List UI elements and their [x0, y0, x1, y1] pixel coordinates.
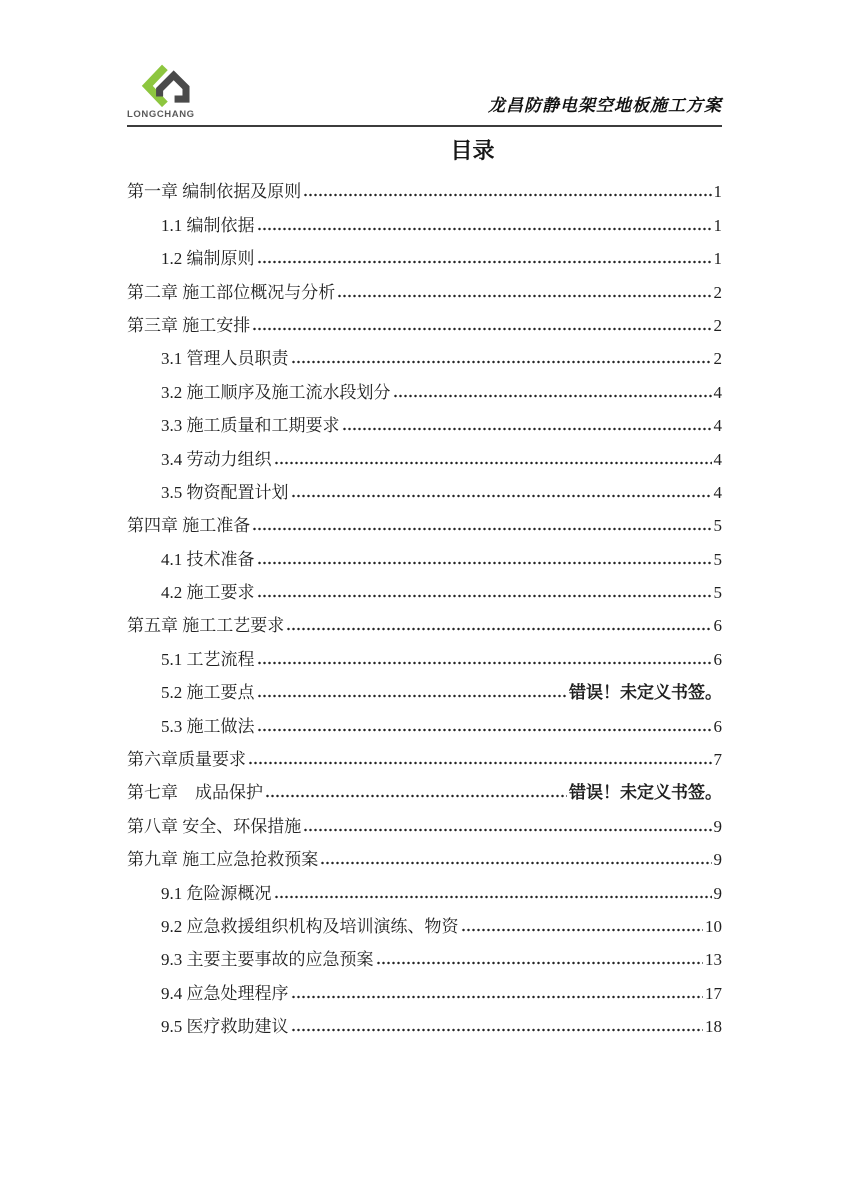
dot-leader	[265, 792, 567, 800]
dot-leader	[257, 726, 712, 734]
toc-entry-page: 6	[714, 615, 723, 636]
toc-entry-page: 7	[714, 749, 723, 770]
page-header: LONGCHANG 龙昌防静电架空地板施工方案	[127, 58, 722, 120]
toc-entry[interactable]: 3.5 物资配置计划 4	[127, 470, 722, 503]
toc-entry[interactable]: 第六章质量要求 7	[127, 737, 722, 770]
toc-entry-page: 1	[714, 215, 723, 236]
dot-leader	[286, 625, 711, 633]
toc-entry[interactable]: 9.4 应急处理程序 17	[127, 970, 722, 1003]
toc-heading: 目录	[127, 134, 722, 165]
toc-entry-page: 6	[714, 716, 723, 737]
toc-entry-page: 1	[714, 248, 723, 269]
toc-entry-title: 9.5 医疗救助建议	[161, 1016, 289, 1037]
toc-entry-title: 3.5 物资配置计划	[161, 482, 289, 503]
dot-leader	[461, 926, 704, 934]
toc-entry-title: 第七章 成品保护	[127, 782, 263, 803]
header-divider	[127, 125, 722, 127]
toc-entry-page: 2	[714, 282, 723, 303]
dot-leader	[257, 692, 568, 700]
toc-entry-page: 2	[714, 348, 723, 369]
toc-entry-page: 4	[714, 482, 723, 503]
toc-entry[interactable]: 9.3 主要主要事故的应急预案 13	[127, 937, 722, 970]
toc-entry[interactable]: 3.3 施工质量和工期要求 4	[127, 403, 722, 436]
toc-entry-title: 第二章 施工部位概况与分析	[127, 282, 335, 303]
logo-mark-icon	[133, 63, 195, 107]
toc-entry-title: 3.2 施工顺序及施工流水段划分	[161, 382, 391, 403]
toc-entry-title: 1.2 编制原则	[161, 248, 255, 269]
toc-entry-title: 第一章 编制依据及原则	[127, 181, 301, 202]
toc-entry-title: 5.3 施工做法	[161, 716, 255, 737]
toc-entry-page: 6	[714, 649, 723, 670]
toc-entry[interactable]: 4.1 技术准备 5	[127, 536, 722, 569]
toc-entry[interactable]: 第七章 成品保护 错误！未定义书签。	[127, 770, 722, 803]
toc-entry-title: 4.1 技术准备	[161, 549, 255, 570]
toc-entry[interactable]: 第九章 施工应急抢救预案 9	[127, 837, 722, 870]
dot-leader	[257, 225, 712, 233]
toc-entry-page: 错误！未定义书签。	[569, 682, 722, 703]
toc-entry[interactable]: 第四章 施工准备 5	[127, 503, 722, 536]
toc-entry-page: 1	[714, 181, 723, 202]
toc-entry-page: 18	[705, 1016, 722, 1037]
toc-entry-title: 4.2 施工要求	[161, 582, 255, 603]
dot-leader	[320, 859, 711, 867]
table-of-contents: 第一章 编制依据及原则 1 1.1 编制依据 1 1.2 编制原则 1 第二章 …	[127, 169, 722, 1037]
toc-entry-page: 5	[714, 515, 723, 536]
toc-entry-page: 4	[714, 382, 723, 403]
toc-entry-title: 第八章 安全、环保措施	[127, 816, 301, 837]
brand-name: LONGCHANG	[127, 109, 195, 120]
toc-entry-title: 3.3 施工质量和工期要求	[161, 415, 340, 436]
toc-entry-page: 2	[714, 315, 723, 336]
toc-entry-page: 4	[714, 449, 723, 470]
toc-entry-title: 1.1 编制依据	[161, 215, 255, 236]
dot-leader	[291, 993, 704, 1001]
toc-entry-title: 9.1 危险源概况	[161, 883, 272, 904]
toc-entry[interactable]: 9.5 医疗救助建议 18	[127, 1004, 722, 1037]
toc-entry[interactable]: 3.2 施工顺序及施工流水段划分 4	[127, 369, 722, 402]
toc-entry[interactable]: 3.1 管理人员职责 2	[127, 336, 722, 369]
toc-entry[interactable]: 第二章 施工部位概况与分析 2	[127, 269, 722, 302]
toc-entry[interactable]: 9.2 应急救援组织机构及培训演练、物资 10	[127, 904, 722, 937]
toc-entry-page: 17	[705, 983, 722, 1004]
dot-leader	[337, 292, 711, 300]
toc-entry[interactable]: 1.1 编制依据 1	[127, 202, 722, 235]
dot-leader	[274, 459, 712, 467]
toc-entry[interactable]: 5.3 施工做法 6	[127, 703, 722, 736]
toc-entry-title: 第三章 施工安排	[127, 315, 250, 336]
dot-leader	[248, 759, 712, 767]
toc-entry-title: 第五章 施工工艺要求	[127, 615, 284, 636]
dot-leader	[257, 659, 712, 667]
toc-entry-title: 第六章质量要求	[127, 749, 246, 770]
document-header-title: 龙昌防静电架空地板施工方案	[488, 91, 722, 120]
toc-entry-title: 5.2 施工要点	[161, 682, 255, 703]
toc-entry-title: 9.2 应急救援组织机构及培训演练、物资	[161, 916, 459, 937]
dot-leader	[257, 592, 712, 600]
dot-leader	[303, 826, 711, 834]
dot-leader	[342, 425, 712, 433]
dot-leader	[252, 325, 711, 333]
dot-leader	[252, 525, 711, 533]
toc-entry-title: 9.3 主要主要事故的应急预案	[161, 949, 374, 970]
dot-leader	[291, 1026, 704, 1034]
toc-entry[interactable]: 5.1 工艺流程 6	[127, 636, 722, 669]
dot-leader	[257, 559, 712, 567]
toc-entry-title: 3.1 管理人员职责	[161, 348, 289, 369]
toc-entry-page: 错误！未定义书签。	[569, 782, 722, 803]
toc-entry-page: 4	[714, 415, 723, 436]
toc-entry[interactable]: 第一章 编制依据及原则 1	[127, 169, 722, 202]
toc-entry-page: 9	[714, 816, 723, 837]
toc-entry[interactable]: 5.2 施工要点 错误！未定义书签。	[127, 670, 722, 703]
toc-entry[interactable]: 3.4 劳动力组织 4	[127, 436, 722, 469]
longchang-logo: LONGCHANG	[127, 63, 195, 120]
toc-entry-page: 5	[714, 582, 723, 603]
dot-leader	[274, 893, 712, 901]
document-page: LONGCHANG 龙昌防静电架空地板施工方案 目录 第一章 编制依据及原则 1…	[0, 0, 848, 1200]
toc-entry-title: 9.4 应急处理程序	[161, 983, 289, 1004]
dot-leader	[376, 959, 704, 967]
toc-entry[interactable]: 第五章 施工工艺要求 6	[127, 603, 722, 636]
dot-leader	[257, 258, 712, 266]
toc-entry[interactable]: 第八章 安全、环保措施 9	[127, 803, 722, 836]
toc-entry[interactable]: 4.2 施工要求 5	[127, 570, 722, 603]
toc-entry-title: 3.4 劳动力组织	[161, 449, 272, 470]
toc-entry-title: 第四章 施工准备	[127, 515, 250, 536]
dot-leader	[303, 191, 711, 199]
toc-entry-page: 9	[714, 849, 723, 870]
dot-leader	[291, 492, 712, 500]
toc-entry-page: 5	[714, 549, 723, 570]
dot-leader	[291, 358, 712, 366]
toc-entry-page: 9	[714, 883, 723, 904]
toc-entry[interactable]: 9.1 危险源概况 9	[127, 870, 722, 903]
toc-entry-page: 10	[705, 916, 722, 937]
toc-entry-page: 13	[705, 949, 722, 970]
toc-entry[interactable]: 第三章 施工安排 2	[127, 303, 722, 336]
toc-entry-title: 第九章 施工应急抢救预案	[127, 849, 318, 870]
dot-leader	[393, 392, 712, 400]
toc-entry[interactable]: 1.2 编制原则 1	[127, 236, 722, 269]
toc-entry-title: 5.1 工艺流程	[161, 649, 255, 670]
